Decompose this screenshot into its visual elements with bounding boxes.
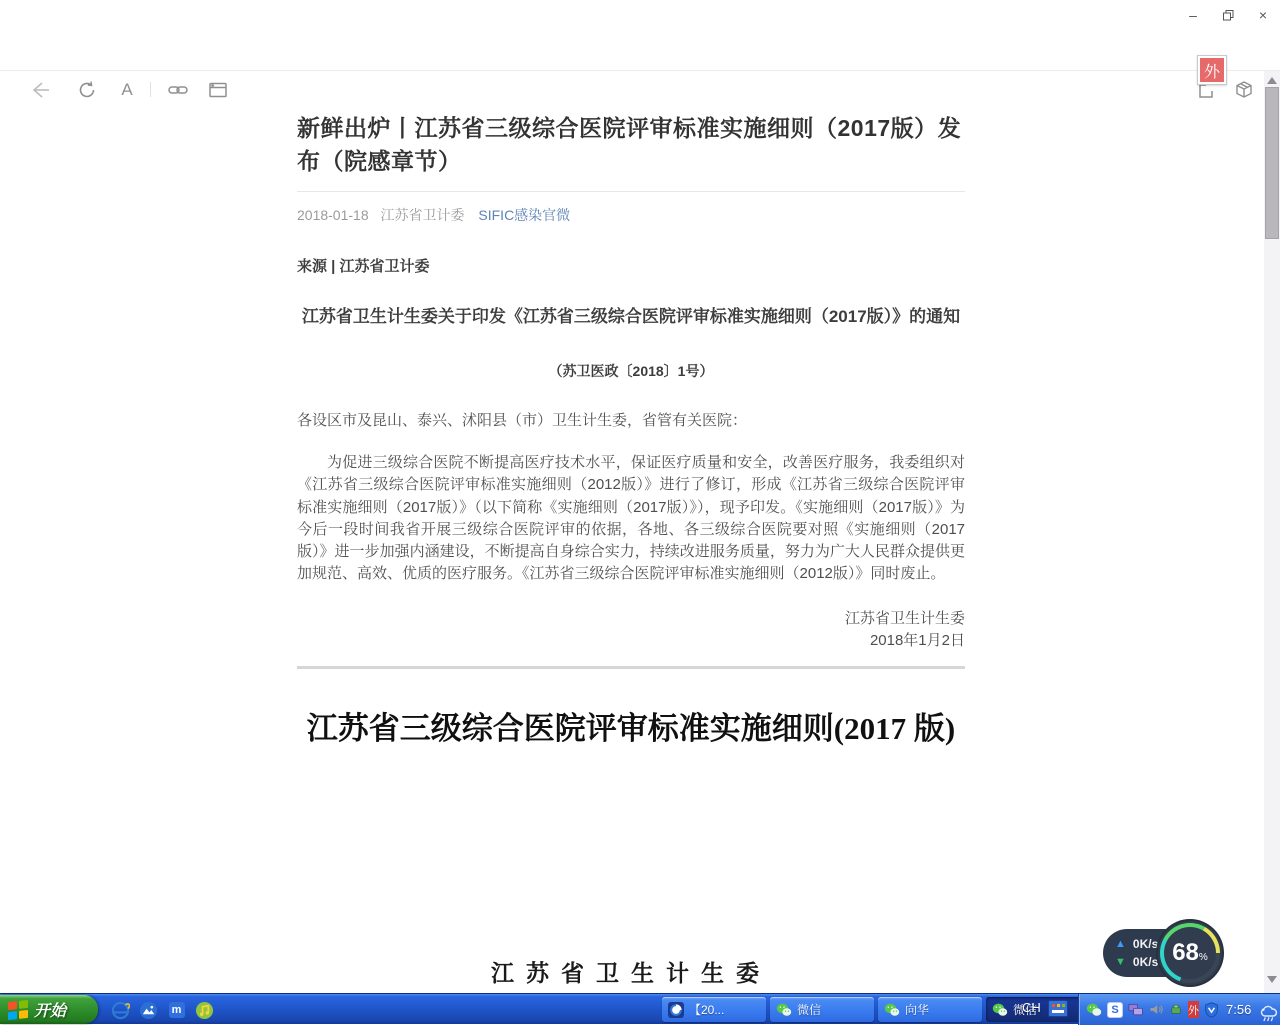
- document-heading: 江苏省三级综合医院评审标准实施细则(2017 版): [297, 703, 965, 748]
- wechat-tray-icon[interactable]: [1086, 1001, 1102, 1018]
- toolbar-bottom-border: [0, 70, 1280, 71]
- refresh-icon[interactable]: [77, 80, 97, 100]
- upload-arrow-icon: ▲: [1115, 938, 1126, 950]
- progress-percent: 68%: [1172, 939, 1208, 967]
- network-computers-icon[interactable]: [1128, 1001, 1144, 1018]
- wechat-icon: [776, 1002, 792, 1018]
- font-size-icon[interactable]: A: [117, 80, 137, 100]
- document-footer-org: 江苏省卫生计生委: [297, 955, 965, 988]
- toolbar: A: [0, 36, 1280, 70]
- ime-badge-label: 外: [1200, 58, 1224, 82]
- close-button[interactable]: ×: [1248, 4, 1278, 26]
- source-line: 来源 | 江苏省卫计委: [297, 255, 965, 276]
- taskbar-button-label: 向华: [905, 1001, 929, 1018]
- taskbar-button-label: 【20...: [689, 1001, 724, 1018]
- keyboard-icon[interactable]: [1048, 1000, 1068, 1017]
- quick-launch-bar: m: [110, 997, 215, 1023]
- account-name: 江苏省卫计委: [381, 207, 465, 223]
- start-button[interactable]: 开始: [0, 995, 98, 1024]
- sogou-icon[interactable]: S: [1107, 1001, 1123, 1018]
- signature-org: 江苏省卫生计生委: [297, 607, 965, 628]
- salutation: 各设区市及昆山、泰兴、沭阳县（市）卫生计生委，省管有关医院：: [297, 409, 965, 430]
- wechat-icon: [992, 1002, 1008, 1018]
- scroll-up-arrow[interactable]: [1267, 77, 1277, 84]
- download-speed: 0K/s: [1133, 955, 1158, 969]
- publish-date: 2018-01-18: [297, 207, 369, 223]
- article-meta: 2018-01-18 江苏省卫计委 SIFIC感染官微: [297, 205, 965, 225]
- weather-icon[interactable]: [1256, 998, 1280, 1022]
- ime-floating-badge: 外: [1197, 55, 1227, 85]
- speaker-icon[interactable]: [1149, 1001, 1164, 1018]
- link-icon[interactable]: [168, 80, 188, 100]
- article-title: 新鲜出炉丨江苏省三级综合医院评审标准实施细则（2017版）发布（院感章节）: [297, 112, 965, 178]
- signature-date: 2018年1月2日: [297, 629, 965, 650]
- toolbar-divider: [150, 82, 151, 97]
- scroll-down-arrow[interactable]: [1267, 976, 1277, 983]
- browser-card-icon[interactable]: [208, 80, 228, 100]
- taskbar-button[interactable]: 微信: [770, 997, 874, 1022]
- restore-icon: [1223, 10, 1234, 21]
- document-number: （苏卫医政〔2018〕1号）: [297, 361, 965, 381]
- notice-title: 江苏省卫生计生委关于印发《江苏省三级综合医院评审标准实施细则（2017版）》的通…: [297, 303, 965, 331]
- usb-device-icon[interactable]: [1169, 1001, 1183, 1018]
- article-reader-window: – × A: [0, 0, 1280, 993]
- cube-icon[interactable]: [1234, 80, 1254, 100]
- taskbar-button-label: 微信: [797, 1001, 821, 1018]
- progress-circle-widget[interactable]: 68%: [1158, 921, 1222, 985]
- shield-icon[interactable]: [1204, 1001, 1219, 1018]
- ime-cn-icon[interactable]: 外: [1188, 1001, 1199, 1018]
- system-tray: S 外 7:56: [1078, 994, 1280, 1024]
- section-divider: [297, 666, 965, 669]
- start-button-label: 开始: [34, 998, 66, 1021]
- back-icon[interactable]: [30, 80, 50, 100]
- title-divider: [297, 191, 965, 192]
- download-arrow-icon: ▼: [1115, 956, 1126, 968]
- scroll-thumb[interactable]: [1265, 87, 1279, 239]
- music-icon[interactable]: [194, 1000, 215, 1021]
- minimize-button[interactable]: –: [1178, 4, 1208, 26]
- taskbar-button[interactable]: 向华: [878, 997, 982, 1022]
- browser-swirl-icon: [668, 1002, 684, 1018]
- ie-icon[interactable]: [110, 1000, 131, 1021]
- upload-speed: 0K/s: [1133, 937, 1158, 951]
- restore-button[interactable]: [1213, 4, 1243, 26]
- account-link[interactable]: SIFIC感染官微: [478, 207, 570, 223]
- taskbar-button[interactable]: 【20...: [662, 997, 766, 1022]
- wechat-icon: [884, 1002, 900, 1018]
- scrollbar[interactable]: [1264, 71, 1280, 993]
- body-paragraph: 为促进三级综合医院不断提高医疗技术水平，保证医疗质量和安全，改善医疗服务，我委组…: [297, 452, 965, 586]
- browser-circle-icon[interactable]: [138, 1000, 159, 1021]
- language-indicator[interactable]: CH: [1022, 1000, 1041, 1015]
- maxthon-icon[interactable]: m: [166, 1000, 187, 1021]
- windows-logo-icon: [8, 999, 28, 1019]
- taskbar: 开始 m 【20... 微信 向华: [0, 993, 1280, 1024]
- clock[interactable]: 7:56: [1226, 1002, 1251, 1017]
